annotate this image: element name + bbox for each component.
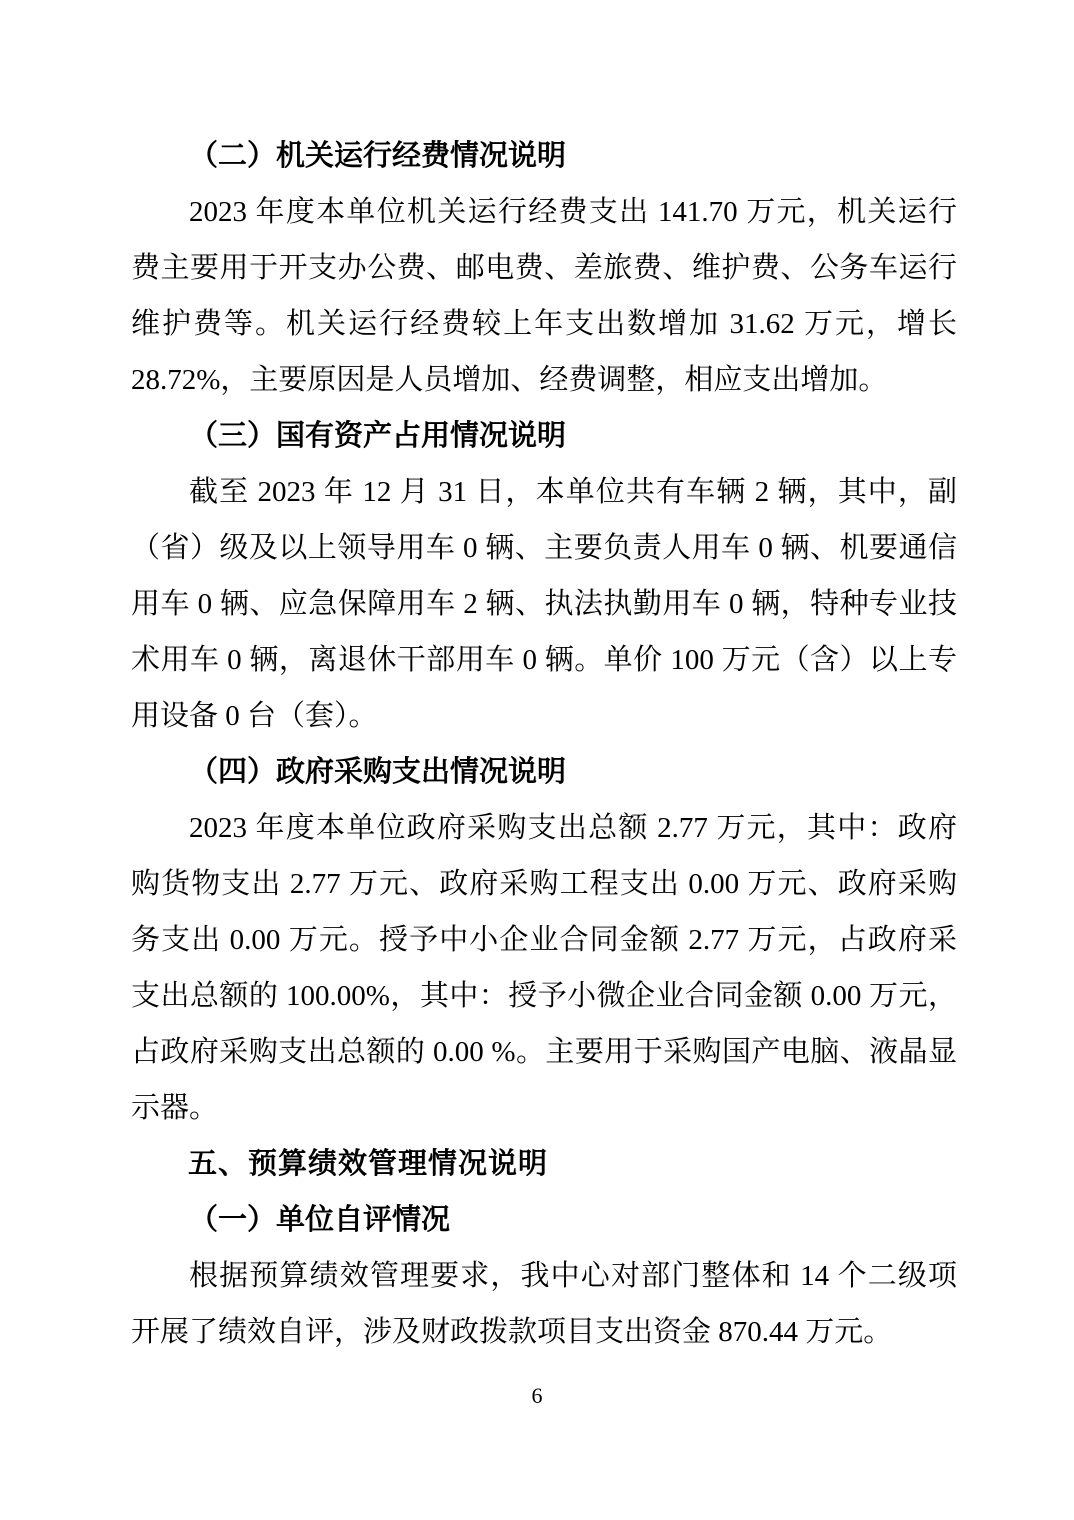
document-content: （二）机关运行经费情况说明 2023 年度本单位机关运行经费支出 141.70 … xyxy=(0,0,1074,1360)
section-heading-government-procurement: （四）政府采购支出情况说明 xyxy=(131,744,957,800)
paragraph-line: 费主要用于开支办公费、邮电费、差旅费、维护费、公务车运行 xyxy=(131,240,957,296)
paragraph-line: 购货物支出 2.77 万元、政府采购工程支出 0.00 万元、政府采购服 xyxy=(131,856,957,912)
paragraph-line: （省）级及以上领导用车 0 辆、主要负责人用车 0 辆、机要通信 xyxy=(131,520,957,576)
paragraph-line: 开展了绩效自评，涉及财政拨款项目支出资金 870.44 万元。 xyxy=(131,1304,957,1360)
paragraph-line: 术用车 0 辆，离退休干部用车 0 辆。单价 100 万元（含）以上专 xyxy=(131,632,957,688)
paragraph-line: 根据预算绩效管理要求，我中心对部门整体和 14 个二级项目 xyxy=(131,1248,957,1304)
chapter-heading-budget-performance: 五、预算绩效管理情况说明 xyxy=(131,1136,957,1192)
page-number: 6 xyxy=(0,1378,1074,1414)
section-heading-operating-expenses: （二）机关运行经费情况说明 xyxy=(131,128,957,184)
paragraph-line: 用车 0 辆、应急保障用车 2 辆、执法执勤用车 0 辆，特种专业技 xyxy=(131,576,957,632)
paragraph-line: 维护费等。机关运行经费较上年支出数增加 31.62 万元，增长 xyxy=(131,296,957,352)
document-page: （二）机关运行经费情况说明 2023 年度本单位机关运行经费支出 141.70 … xyxy=(0,0,1074,1520)
paragraph-line: 支出总额的 100.00%，其中：授予小微企业合同金额 0.00 万元， xyxy=(131,968,957,1024)
section-heading-state-assets: （三）国有资产占用情况说明 xyxy=(131,408,957,464)
paragraph-line: 示器。 xyxy=(131,1080,957,1136)
paragraph-line: 用设备 0 台（套）。 xyxy=(131,688,957,744)
paragraph-line: 占政府采购支出总额的 0.00 %。主要用于采购国产电脑、液晶显 xyxy=(131,1024,957,1080)
paragraph-line: 2023 年度本单位机关运行经费支出 141.70 万元，机关运行经 xyxy=(131,184,957,240)
paragraph-line: 务支出 0.00 万元。授予中小企业合同金额 2.77 万元，占政府采购 xyxy=(131,912,957,968)
paragraph-line: 28.72%，主要原因是人员增加、经费调整，相应支出增加。 xyxy=(131,352,957,408)
section-heading-self-evaluation: （一）单位自评情况 xyxy=(131,1192,957,1248)
paragraph-line: 2023 年度本单位政府采购支出总额 2.77 万元，其中：政府采 xyxy=(131,800,957,856)
paragraph-line: 截至 2023 年 12 月 31 日，本单位共有车辆 2 辆，其中，副部 xyxy=(131,464,957,520)
